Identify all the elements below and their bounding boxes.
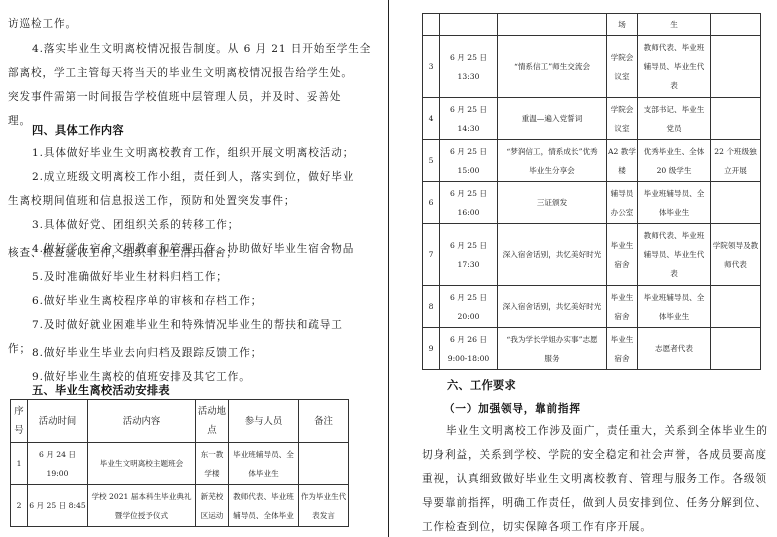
header-no: 序号 — [11, 400, 28, 443]
header-note: 备注 — [299, 400, 349, 443]
cell-note — [711, 286, 761, 328]
cell-no: 2 — [11, 485, 28, 527]
paragraph-line: 部离校，学工主管每天将当天的毕业生文明离校情况报告给学生处。 — [8, 66, 353, 80]
table-row: 2 6 月 25 日 8:45 学校 2021 届本科生毕业典礼暨学位授予仪式 … — [11, 485, 349, 527]
cell-no: 3 — [423, 36, 440, 98]
cell-no: 5 — [423, 140, 440, 182]
list-item: 8.做好毕业生毕业去向归档及跟踪反馈工作； — [32, 346, 262, 360]
cell-time: 6 月 25 日14:30 — [440, 98, 498, 140]
section-heading-4: 四、具体工作内容 — [32, 122, 124, 138]
list-item: 3.具体做好党、团组织关系的转移工作； — [32, 218, 239, 232]
left-page: 访巡检工作。 4.落实毕业生文明离校情况报告制度。从 6 月 21 日开始至学生… — [0, 0, 388, 537]
cell-people: 教师代表、毕业班辅导员、毕业生代表 — [638, 36, 711, 98]
table-row: 4 6 月 25 日14:30 重温—遍入党誓词 学院会议室 支部书记、毕业生党… — [423, 98, 761, 140]
table-row: 1 6 月 24 日19:00 毕业生文明离校主题班会 东一教学楼 毕业班辅导员… — [11, 443, 349, 485]
header-people: 参与人员 — [229, 400, 299, 443]
list-item: 生离校期间值班和信息报送工作，预防和处置突发事件； — [8, 194, 295, 208]
cell-note: 学院领导及教师代表 — [711, 224, 761, 286]
cell-content: “梦润信工，情系成长”优秀毕业生分享会 — [498, 140, 607, 182]
table-header-row: 序号 活动时间 活动内容 活动地点 参与人员 备注 — [11, 400, 349, 443]
cell-place: 毕业生宿舍 — [607, 224, 638, 286]
table-row: 7 6 月 25 日17:30 深入宿舍话别，共忆美好时光 毕业生宿舍 教师代表… — [423, 224, 761, 286]
cell-no: 1 — [11, 443, 28, 485]
header-place: 活动地点 — [196, 400, 229, 443]
cell-time: 6 月 25 日15:00 — [440, 140, 498, 182]
cell-time: 6 月 26 日9:00-18:00 — [440, 328, 498, 370]
cell-content: 毕业生文明离校主题班会 — [88, 443, 196, 485]
cell-place: 东一教学楼 — [196, 443, 229, 485]
cell-note — [711, 98, 761, 140]
cell-time: 6 月 25 日16:00 — [440, 182, 498, 224]
cell-note: 22 个班级独立开展 — [711, 140, 761, 182]
cell-time: 6 月 25 日20:00 — [440, 286, 498, 328]
cell-people: 支部书记、毕业生党员 — [638, 98, 711, 140]
cell-content: 重温—遍入党誓词 — [498, 98, 607, 140]
cell-time: 6 月 24 日19:00 — [28, 443, 88, 485]
cell-place: A2 教学楼 — [607, 140, 638, 182]
schedule-table-part2: 场 生 3 6 月 25 日13:30 “情系信工”师生交流会 学院会议室 教师… — [422, 13, 761, 370]
cell-place: 学院会议室 — [607, 36, 638, 98]
list-item: 1.具体做好毕业生文明离校教育工作，组织开展文明离校活动； — [32, 146, 354, 160]
table-row: 9 6 月 26 日9:00-18:00 “我为学长学姐办实事”志愿服务 毕业生… — [423, 328, 761, 370]
cell-note — [711, 182, 761, 224]
paragraph-line: 突发事件需第一时间报告学校值班中层管理人员，并及时、妥善处 — [8, 90, 341, 104]
cell-time: 6 月 25 日17:30 — [440, 224, 498, 286]
cell-note — [711, 328, 761, 370]
cell-place: 学院会议室 — [607, 98, 638, 140]
list-item: 7.及时做好就业困难毕业生和特殊情况毕业生的帮扶和疏导工 — [32, 318, 343, 332]
list-item: 核查、检查验收工作，组织毕业生清扫宿舍； — [8, 246, 238, 260]
list-item: 6.做好毕业生离校程序单的审核和存档工作； — [32, 294, 262, 308]
list-item: 5.及时准确做好毕业生材料归档工作； — [32, 270, 228, 284]
paragraph-line: 重视，认真细致做好毕业生文明离校教育、管理与服务工作。各级领 — [422, 472, 767, 486]
paragraph-line: 工作检查到位，切实保障各项工作有序开展。 — [422, 520, 652, 534]
cell-people: 毕业班辅导员、全体毕业生 — [638, 286, 711, 328]
schedule-table-part1: 序号 活动时间 活动内容 活动地点 参与人员 备注 1 6 月 24 日19:0… — [10, 399, 349, 527]
table-row: 5 6 月 25 日15:00 “梦润信工，情系成长”优秀毕业生分享会 A2 教… — [423, 140, 761, 182]
paragraph-line: 访巡检工作。 — [8, 17, 77, 31]
table-row-continuation: 场 生 — [423, 14, 761, 36]
cell-content: “我为学长学姐办实事”志愿服务 — [498, 328, 607, 370]
cell-place: 辅导员办公室 — [607, 182, 638, 224]
paragraph-line: 4.落实毕业生文明离校情况报告制度。从 6 月 21 日开始至学生全 — [32, 42, 371, 56]
paragraph-line: 导要靠前指挥，明确工作责任，做到人员安排到位、任务分解到位、 — [422, 496, 767, 510]
table-row: 6 6 月 25 日16:00 三证颁发 辅导员办公室 毕业班辅导员、全体毕业生 — [423, 182, 761, 224]
cell-place: 毕业生宿舍 — [607, 328, 638, 370]
cell-people: 毕业班辅导员、全体毕业生 — [229, 443, 299, 485]
cell-content: 深入宿舍话别，共忆美好时光 — [498, 286, 607, 328]
header-time: 活动时间 — [28, 400, 88, 443]
header-content: 活动内容 — [88, 400, 196, 443]
table-row: 3 6 月 25 日13:30 “情系信工”师生交流会 学院会议室 教师代表、毕… — [423, 36, 761, 98]
list-item: 作； — [8, 342, 31, 356]
cell-note — [711, 36, 761, 98]
cell-note — [299, 443, 349, 485]
subsection-heading-1: （一）加强领导，靠前指挥 — [444, 401, 581, 416]
cell-no: 7 — [423, 224, 440, 286]
cell-time: 6 月 25 日 8:45 — [28, 485, 88, 527]
cell-people: 生 — [638, 14, 711, 36]
cell-place: 新芜校区运动 — [196, 485, 229, 527]
list-item: 2.成立班级文明离校工作小组，责任到人，落实到位，做好毕业 — [32, 170, 354, 184]
table-row: 8 6 月 25 日20:00 深入宿舍话别，共忆美好时光 毕业生宿舍 毕业班辅… — [423, 286, 761, 328]
paragraph-line: 理。 — [8, 114, 31, 128]
cell-no: 8 — [423, 286, 440, 328]
cell-people: 优秀毕业生、全体20 级学生 — [638, 140, 711, 182]
cell-people: 教师代表、毕业班辅导员、毕业生代表 — [638, 224, 711, 286]
cell-place: 毕业生宿舍 — [607, 286, 638, 328]
cell-content: 三证颁发 — [498, 182, 607, 224]
cell-content: “情系信工”师生交流会 — [498, 36, 607, 98]
cell-time: 6 月 25 日13:30 — [440, 36, 498, 98]
cell-people: 志愿者代表 — [638, 328, 711, 370]
cell-place: 场 — [607, 14, 638, 36]
right-page: 场 生 3 6 月 25 日13:30 “情系信工”师生交流会 学院会议室 教师… — [392, 0, 777, 537]
paragraph-line: 切身利益，关系到学校、学院的安全稳定和社会声誉，各成员要高度 — [422, 448, 767, 462]
cell-no: 6 — [423, 182, 440, 224]
section-heading-5: 五、毕业生离校活动安排表 — [32, 382, 170, 398]
cell-content: 学校 2021 届本科生毕业典礼暨学位授予仪式 — [88, 485, 196, 527]
section-heading-6: 六、工作要求 — [447, 377, 516, 393]
cell-content: 深入宿舍话别，共忆美好时光 — [498, 224, 607, 286]
cell-no: 9 — [423, 328, 440, 370]
cell-people: 毕业班辅导员、全体毕业生 — [638, 182, 711, 224]
cell-people: 教师代表、毕业班辅导员、全体毕业 — [229, 485, 299, 527]
cell-no: 4 — [423, 98, 440, 140]
paragraph-line: 毕业生文明离校工作涉及面广，责任重大，关系到全体毕业生的 — [446, 424, 768, 438]
cell-note: 作为毕业生代表发言 — [299, 485, 349, 527]
